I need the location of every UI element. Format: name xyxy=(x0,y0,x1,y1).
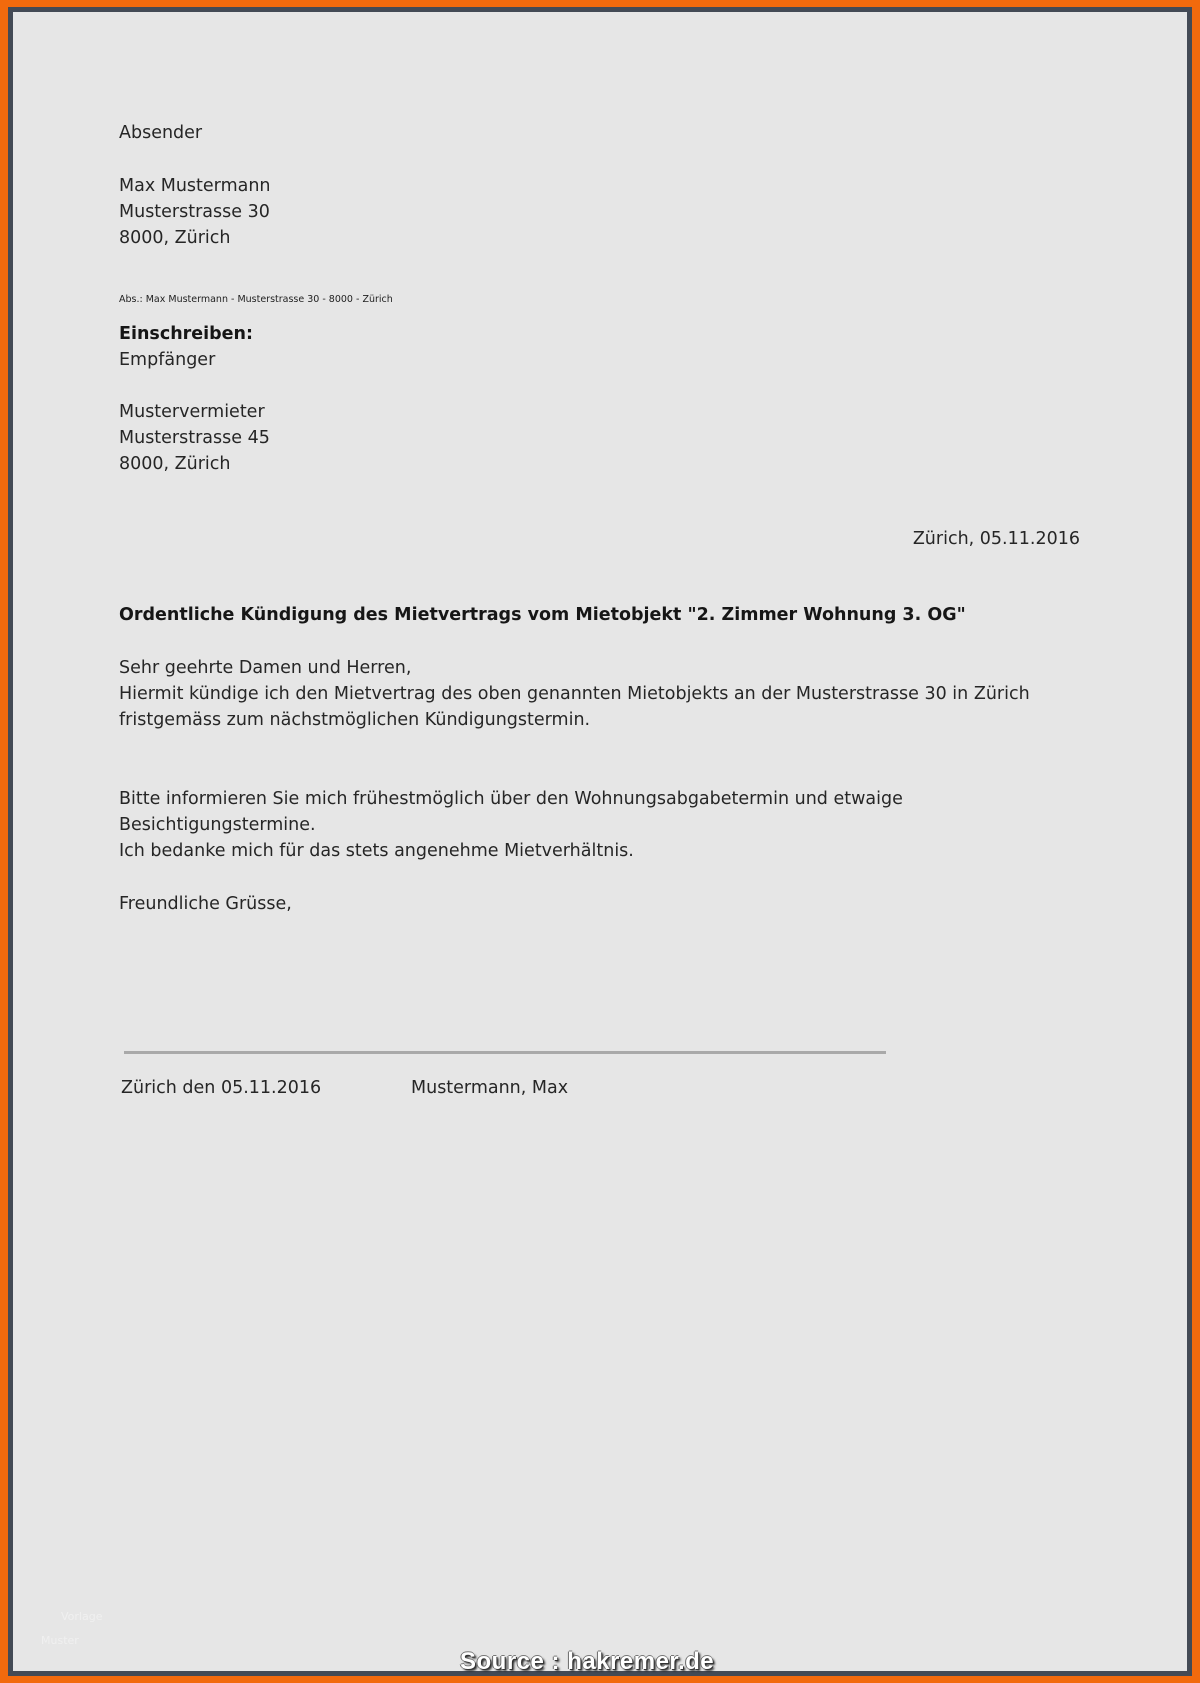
body-line: Besichtigungstermine. xyxy=(119,812,316,838)
recipient-street: Musterstrasse 45 xyxy=(119,425,270,451)
recipient-label: Empfänger xyxy=(119,347,215,373)
body-line: Hiermit kündige ich den Mietvertrag des … xyxy=(119,681,1030,707)
return-address-line: Abs.: Max Mustermann - Musterstrasse 30 … xyxy=(119,294,393,306)
letter-subject: Ordentliche Kündigung des Mietvertrags v… xyxy=(119,602,966,628)
signature-place-date: Zürich den 05.11.2016 xyxy=(121,1075,321,1101)
salutation: Sehr geehrte Damen und Herren, xyxy=(119,655,411,681)
signature-line xyxy=(124,1051,886,1054)
sender-name: Max Mustermann xyxy=(119,173,271,199)
image-frame: Absender Max Mustermann Musterstrasse 30… xyxy=(8,7,1192,1676)
body-line: Ich bedanke mich für das stets angenehme… xyxy=(119,838,634,864)
closing: Freundliche Grüsse, xyxy=(119,891,292,917)
letter-page: Absender Max Mustermann Musterstrasse 30… xyxy=(13,12,1187,1671)
body-line: Bitte informieren Sie mich frühestmöglic… xyxy=(119,786,903,812)
sender-street: Musterstrasse 30 xyxy=(119,199,270,225)
sender-label: Absender xyxy=(119,120,202,146)
recipient-name: Mustervermieter xyxy=(119,399,265,425)
watermark-text: Muster xyxy=(41,1634,79,1647)
signature-name: Mustermann, Max xyxy=(411,1075,568,1101)
recipient-city: 8000, Zürich xyxy=(119,451,231,477)
source-caption: Source : hakremer.de xyxy=(460,1648,714,1676)
place-date: Zürich, 05.11.2016 xyxy=(913,526,1080,552)
watermark-text: Vorlage xyxy=(61,1610,102,1623)
body-line: fristgemäss zum nächstmöglichen Kündigun… xyxy=(119,707,590,733)
delivery-type: Einschreiben: xyxy=(119,321,253,347)
sender-city: 8000, Zürich xyxy=(119,225,231,251)
